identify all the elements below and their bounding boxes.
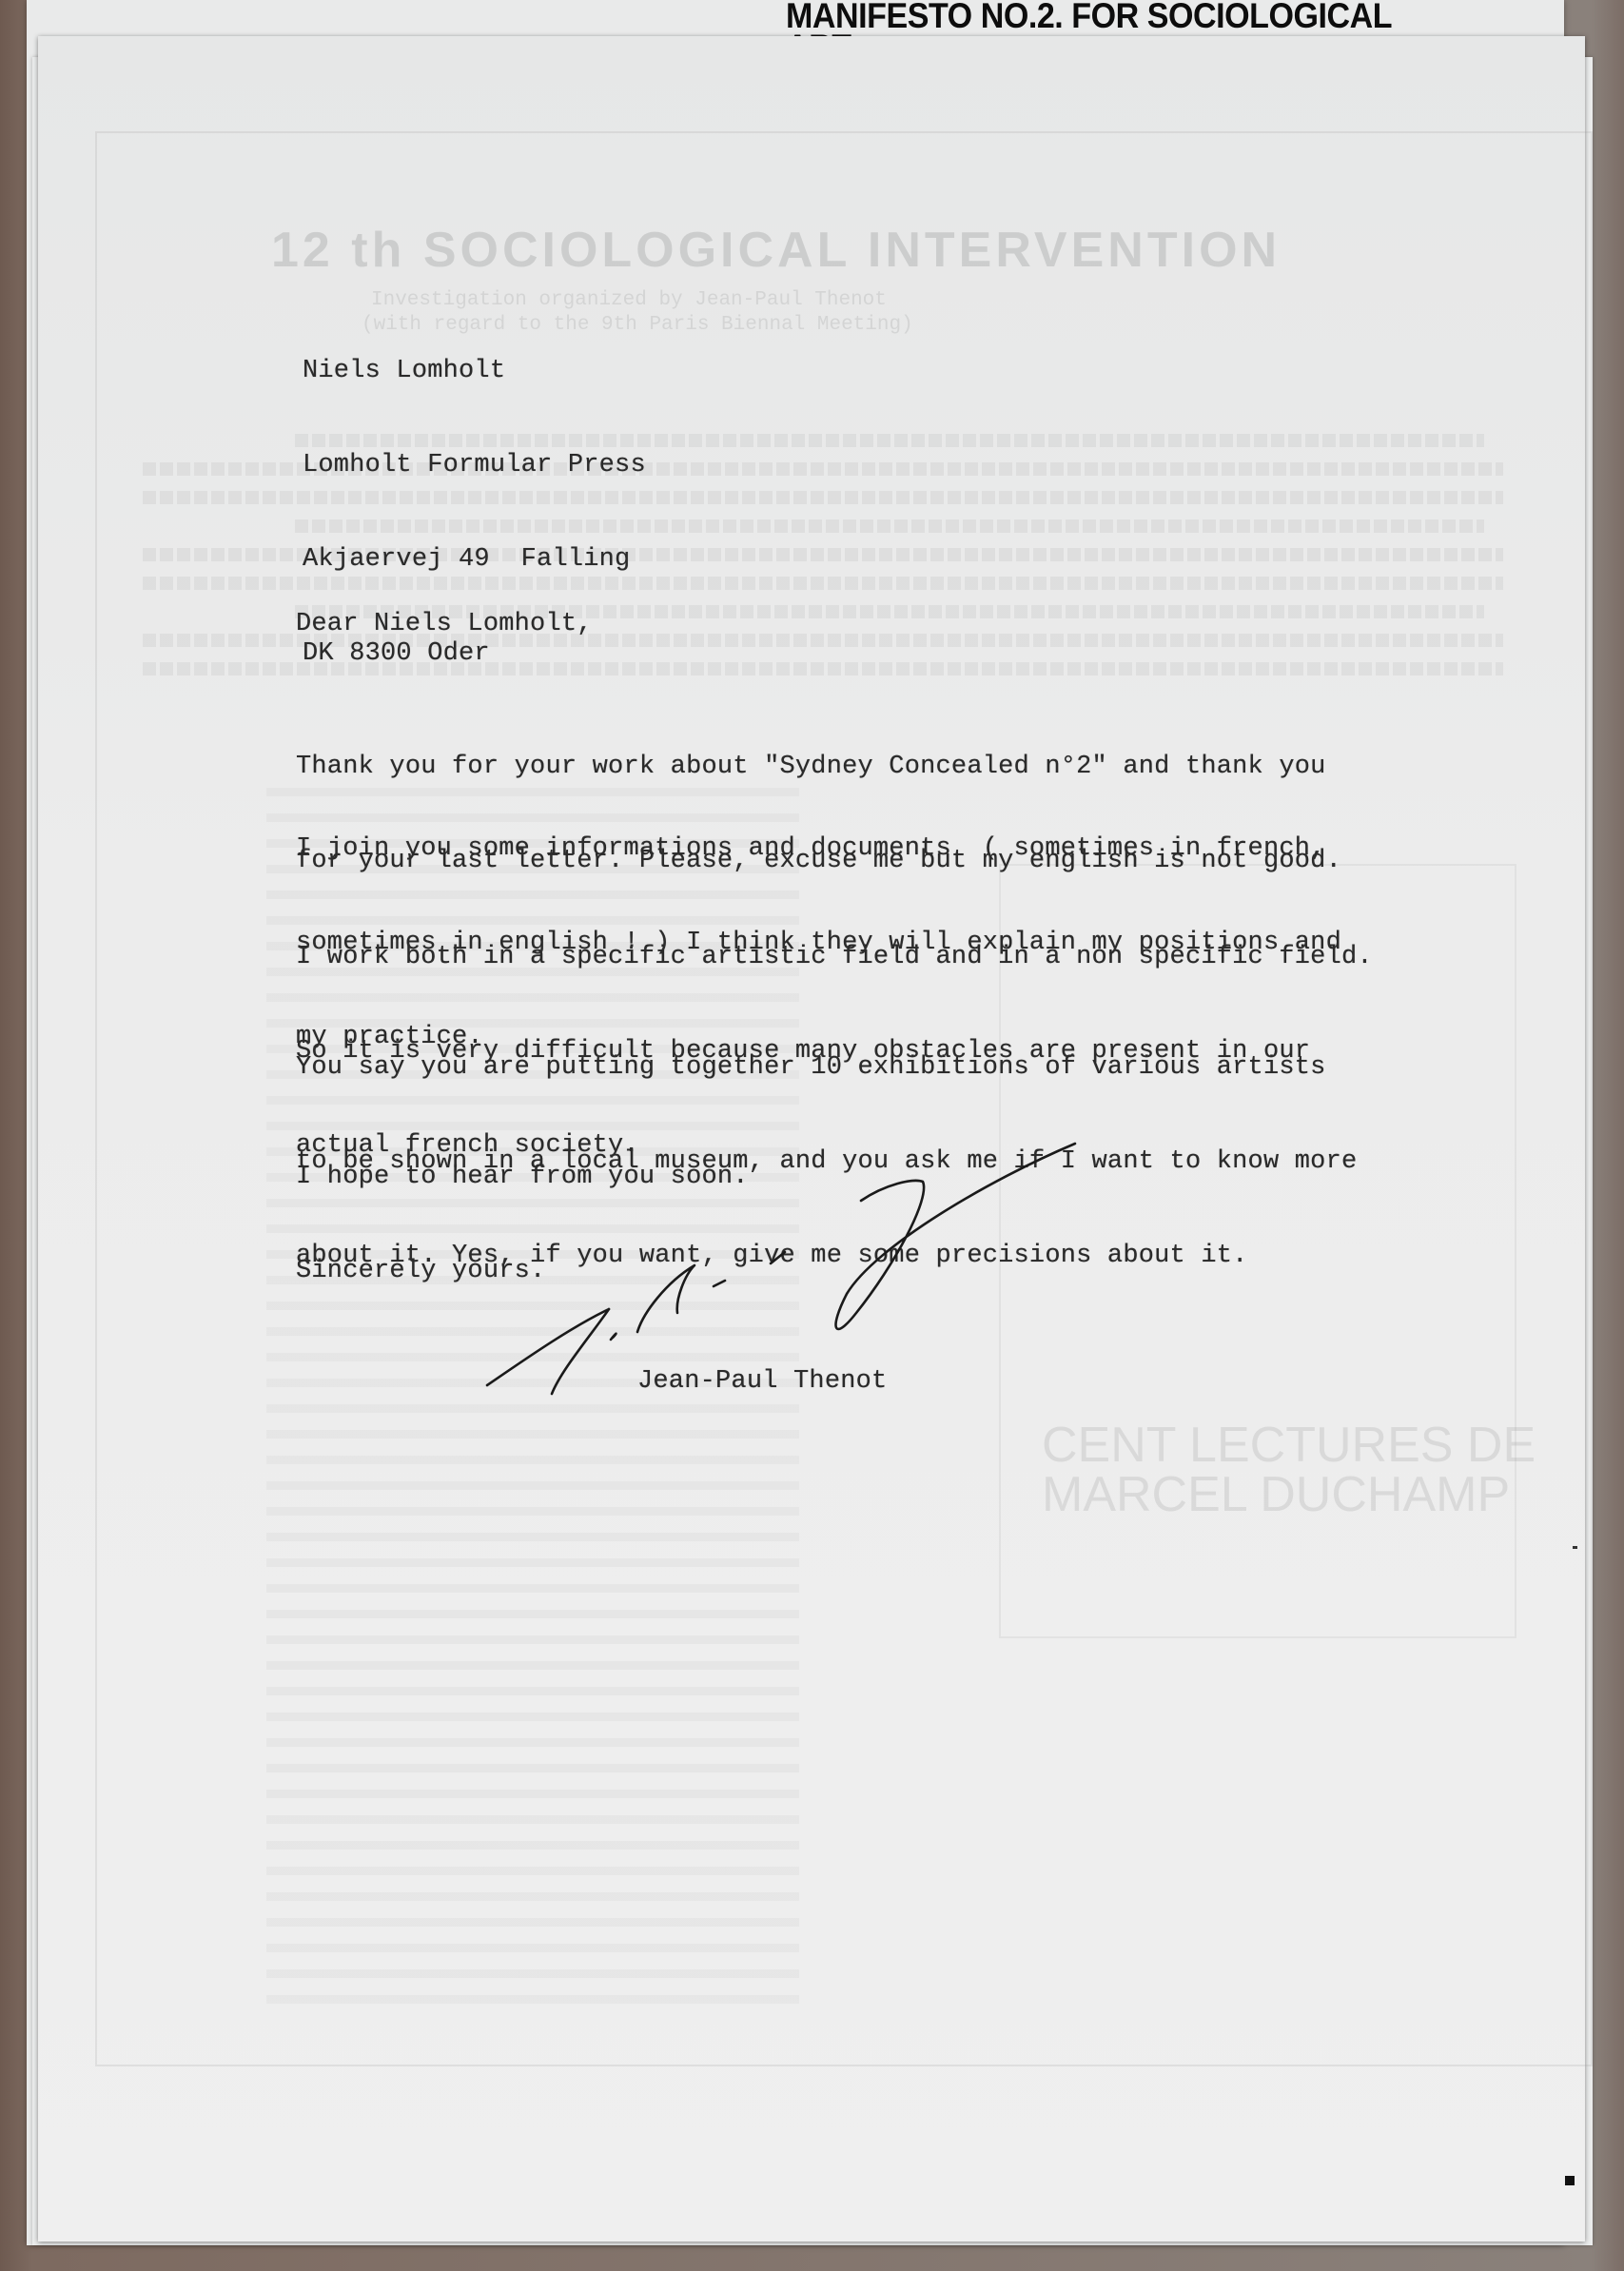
- address-line: Akjaervej 49 Falling: [303, 544, 646, 576]
- address-line: DK 8300 Oder: [303, 638, 646, 670]
- text-line: I join you some informations and documen…: [296, 833, 1341, 865]
- handwritten-signature: [457, 1123, 1123, 1408]
- text-line: I work both in a specific artistic field…: [296, 942, 1373, 973]
- salutation: Dear Niels Lomholt,: [296, 609, 593, 640]
- address-line: Lomholt Formular Press: [303, 450, 646, 481]
- typed-letter: Niels Lomholt Lomholt Formular Press Akj…: [0, 0, 1624, 2271]
- page-edge-mark: [1573, 1546, 1577, 1549]
- text-line: You say you are putting together 10 exhi…: [296, 1052, 1357, 1084]
- page-corner-mark: [1565, 2176, 1575, 2185]
- address-line: Niels Lomholt: [303, 356, 646, 387]
- recipient-address: Niels Lomholt Lomholt Formular Press Akj…: [303, 293, 646, 733]
- signature-name: Jean-Paul Thenot: [637, 1366, 887, 1398]
